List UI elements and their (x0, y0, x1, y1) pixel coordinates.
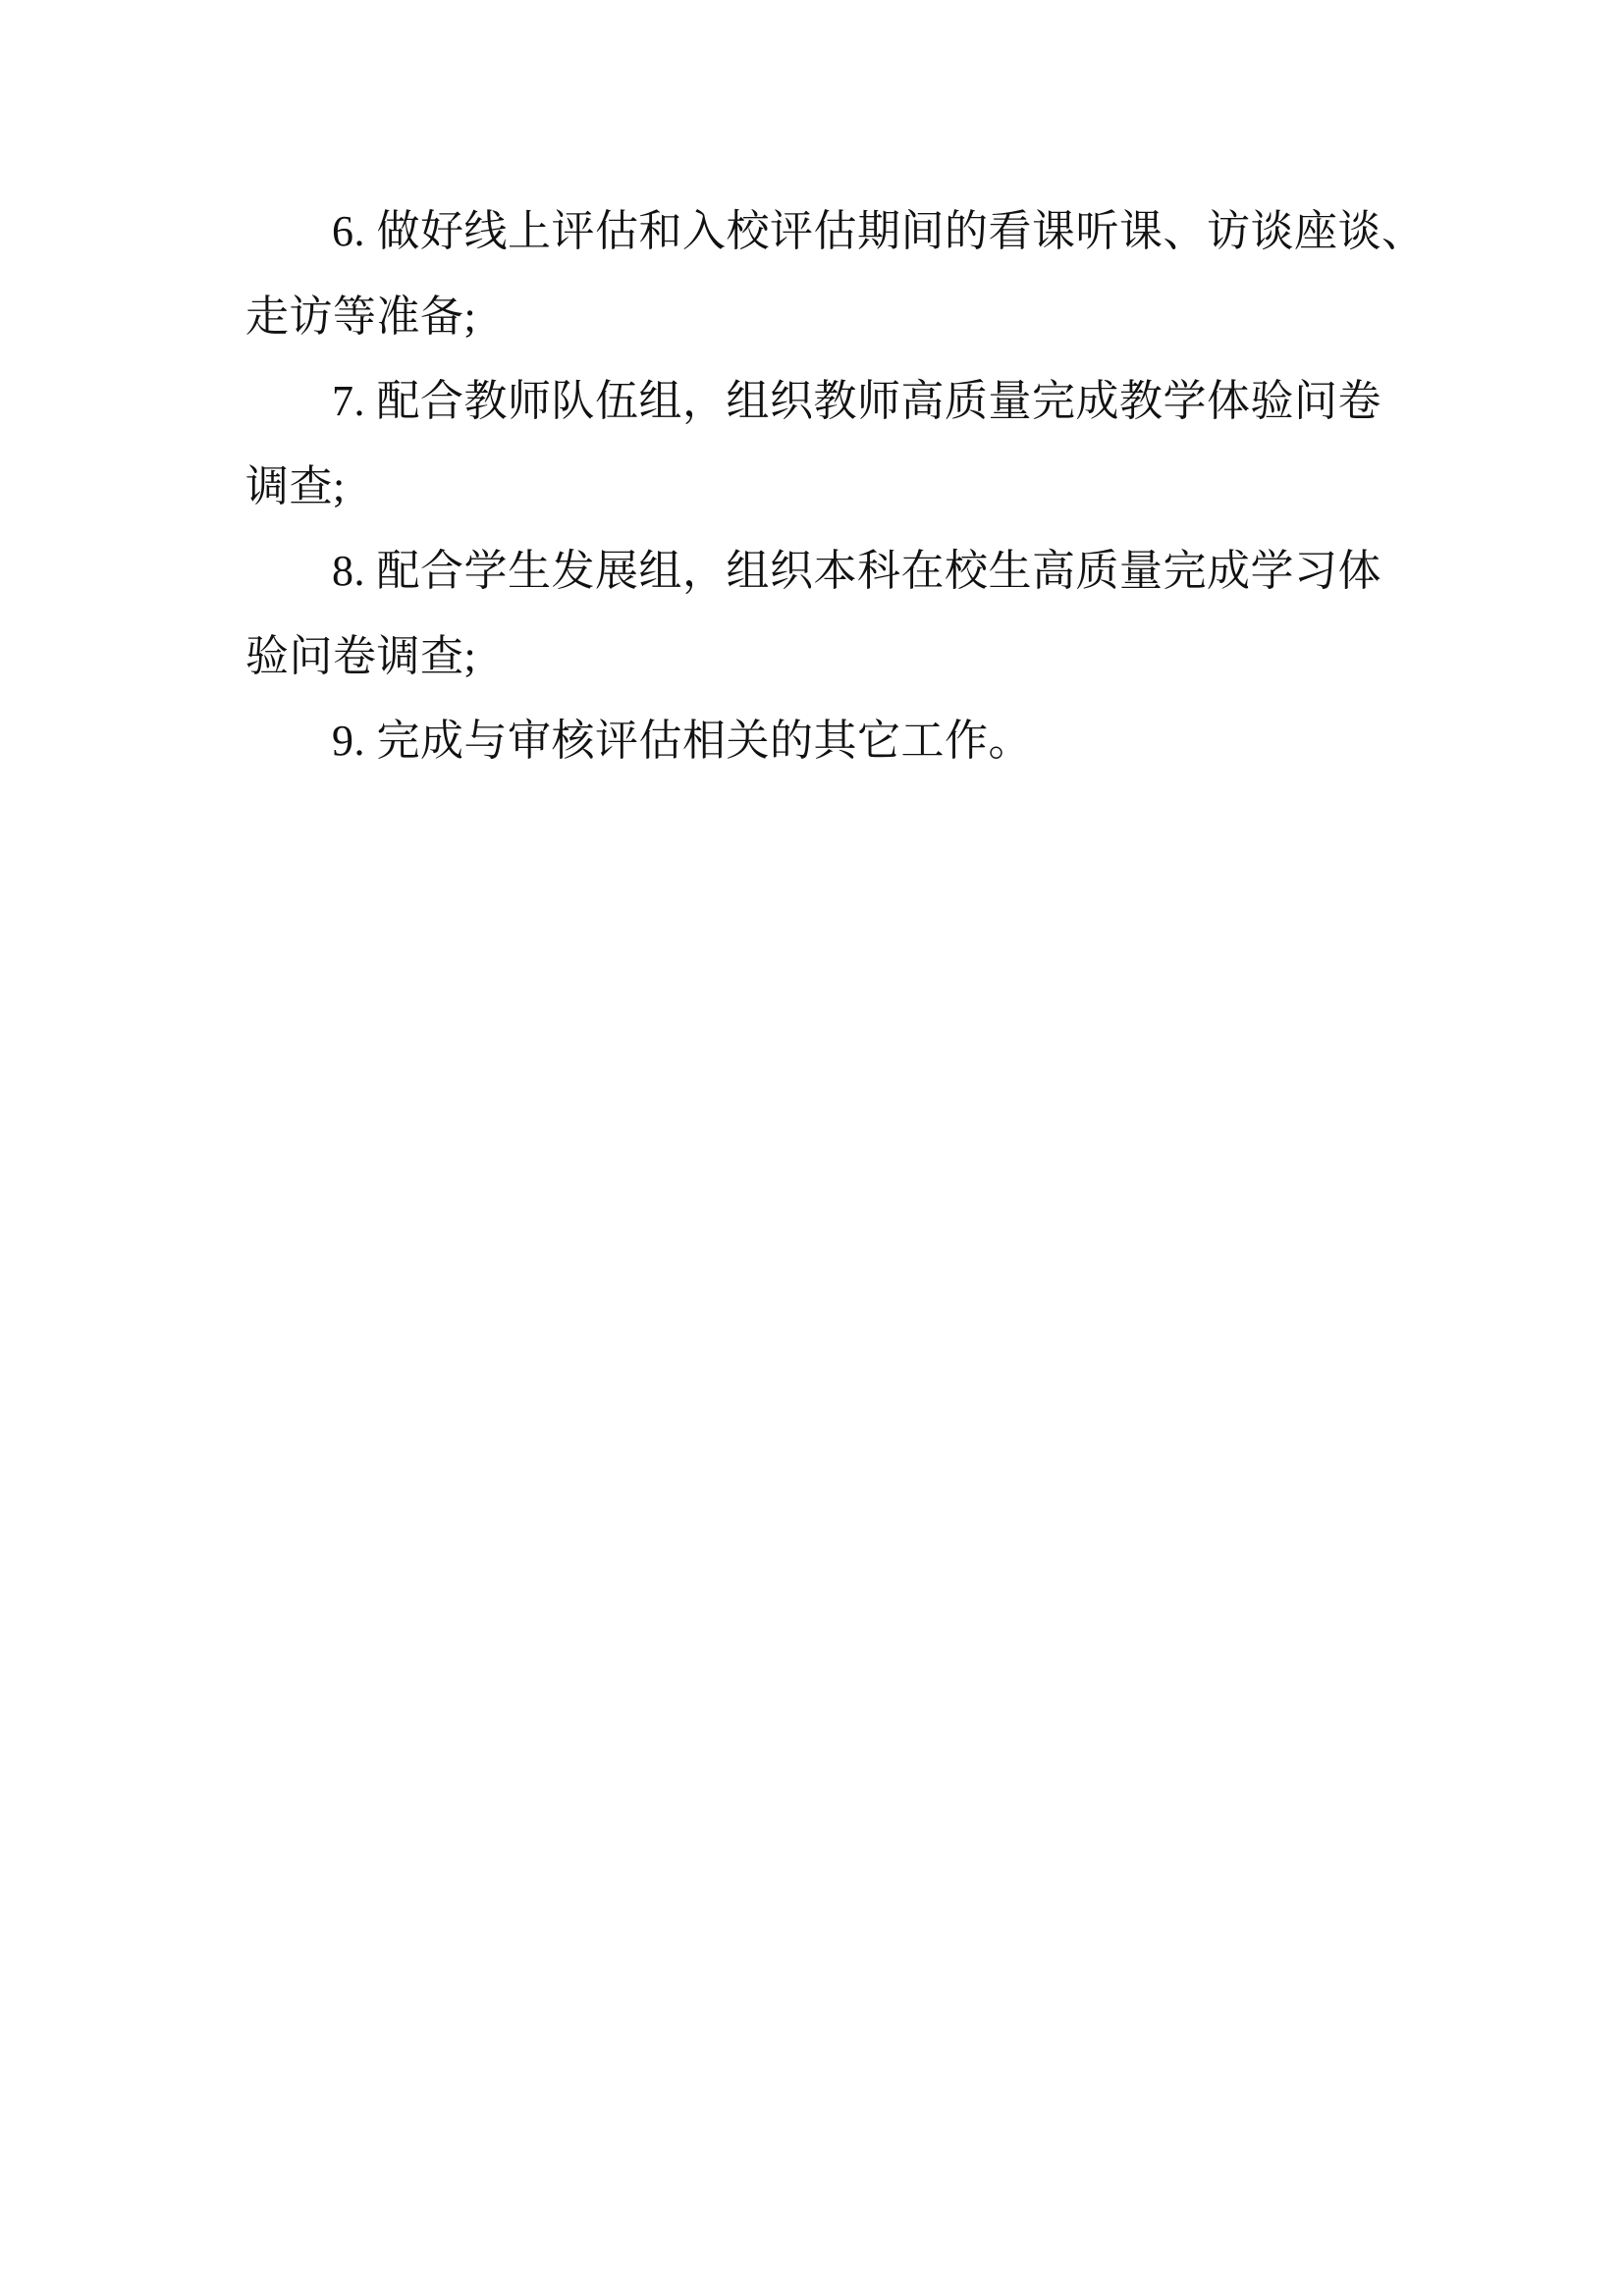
list-item-7-line-2: 调查; (245, 445, 1384, 530)
list-item-9-line-1: 9. 完成与审核评估相关的其它工作。 (245, 699, 1384, 784)
list-item-7-line-1: 7. 配合教师队伍组，组织教师高质量完成教学体验问卷 (245, 359, 1384, 445)
list-item-8-line-2: 验问卷调查; (245, 614, 1384, 700)
list-item-8-line-1: 8. 配合学生发展组，组织本科在校生高质量完成学习体 (245, 529, 1384, 614)
list-item-6-line-2: 走访等准备; (245, 275, 1384, 360)
list-item-6-line-1: 6. 做好线上评估和入校评估期间的看课听课、访谈座谈、 (245, 189, 1384, 275)
document-text-block: 6. 做好线上评估和入校评估期间的看课听课、访谈座谈、 走访等准备; 7. 配合… (245, 189, 1384, 784)
document-page: 6. 做好线上评估和入校评估期间的看课听课、访谈座谈、 走访等准备; 7. 配合… (0, 0, 1624, 2296)
